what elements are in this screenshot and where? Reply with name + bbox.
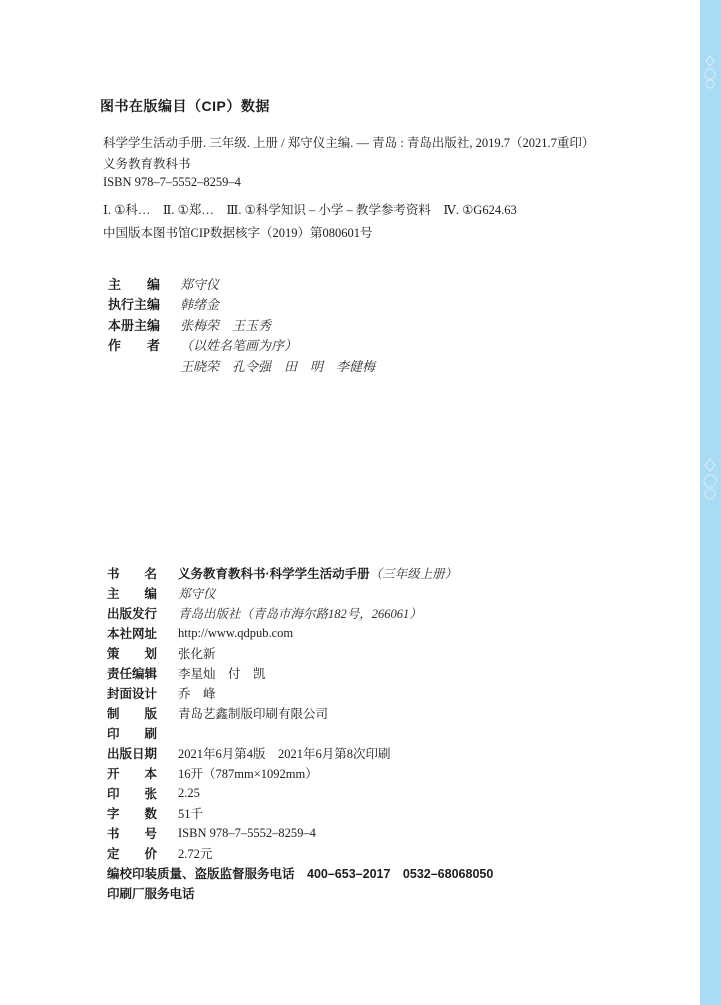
colophon-row-chief-editor: 主 编 郑守仪: [107, 583, 493, 603]
colophon-label: 印 张: [107, 784, 162, 802]
authors-note: （以姓名笔画为序）: [180, 335, 297, 354]
flower-ornament-icon: [701, 52, 719, 92]
colophon-label: 策 划: [107, 644, 162, 662]
isbn-number: ISBN 978–7–5552–8259–4: [178, 826, 316, 841]
colophon-row-sheets: 印 张 2.25: [107, 783, 493, 803]
cip-series-line: 义务教育教科书: [103, 154, 623, 172]
colophon-label: 印 刷: [107, 724, 162, 742]
printed-sheets: 2.25: [178, 786, 200, 801]
editor-role-label: 作 者: [108, 335, 164, 354]
colophon-row-word-count: 字 数 51千: [107, 803, 493, 823]
chief-editor-name: 郑守仪: [178, 584, 216, 602]
editor-row-volume: 本册主编 张梅荣 王玉秀: [108, 314, 375, 335]
colophon-row-price: 定 价 2.72元: [107, 843, 493, 863]
editors-in-charge: 李星灿 付 凯: [178, 664, 266, 682]
publisher-info: 青岛出版社（青岛市海尔路182号，266061）: [178, 604, 422, 622]
colophon-label: 出版日期: [107, 744, 162, 762]
book-title-volume: （三年级上册）: [370, 564, 458, 582]
colophon-label: 字 数: [107, 804, 162, 822]
decorative-side-band: [700, 0, 721, 1005]
planner-name: 张化新: [178, 644, 216, 662]
editor-name: 张梅荣 王玉秀: [180, 315, 271, 334]
colophon-row-website: 本社网址 http://www.qdpub.com: [107, 623, 493, 643]
editor-row-authors: 作 者 （以姓名笔画为序）: [108, 335, 375, 356]
editor-name: 韩绪金: [180, 294, 219, 313]
printer-hotline-text: 印刷厂服务电话: [107, 884, 195, 902]
editor-row-executive: 执行主编 韩绪金: [108, 294, 375, 315]
editor-row-chief: 主 编 郑守仪: [108, 273, 375, 294]
colophon-row-cover-design: 封面设计 乔 峰: [107, 683, 493, 703]
book-copyright-page: 图书在版编目（CIP）数据 科学学生活动手册. 三年级. 上册 / 郑守仪主编.…: [0, 0, 721, 1005]
colophon-row-publish-date: 出版日期 2021年6月第4版 2021年6月第8次印刷: [107, 743, 493, 763]
colophon-label: 书 号: [107, 824, 162, 842]
colophon-row-plate-making: 制 版 青岛艺鑫制版印刷有限公司: [107, 703, 493, 723]
cip-title-line: 科学学生活动手册. 三年级. 上册 / 郑守仪主编. — 青岛 : 青岛出版社,…: [103, 133, 623, 151]
editor-role-label: 主 编: [108, 274, 164, 293]
colophon-row-format: 开 本 16开（787mm×1092mm）: [107, 763, 493, 783]
publisher-url: http://www.qdpub.com: [178, 626, 293, 641]
editor-role-label: 本册主编: [108, 315, 164, 334]
colophon-label: 开 本: [107, 764, 162, 782]
colophon-row-title: 书 名 义务教育教科书·科学学生活动手册 （三年级上册）: [107, 563, 493, 583]
cip-registration-line: 中国版本图书馆CIP数据核字（2019）第080601号: [103, 223, 623, 241]
editors-block: 主 编 郑守仪 执行主编 韩绪金 本册主编 张梅荣 王玉秀 作 者 （以姓名笔画…: [108, 273, 375, 376]
plate-maker: 青岛艺鑫制版印刷有限公司: [178, 704, 328, 722]
cip-isbn-line: ISBN 978–7–5552–8259–4: [103, 175, 623, 190]
price: 2.72元: [178, 844, 212, 862]
quality-hotline-text: 编校印装质量、盗版监督服务电话 400–653–2017 0532–680680…: [107, 864, 493, 882]
colophon-label: 责任编辑: [107, 664, 162, 682]
quality-hotline-row: 编校印装质量、盗版监督服务电话 400–653–2017 0532–680680…: [107, 863, 493, 883]
editor-row-author-names: 王晓荣 孔令强 田 明 李健梅: [108, 355, 375, 376]
flower-ornament-icon: [701, 455, 719, 503]
book-title: 义务教育教科书·科学学生活动手册: [178, 564, 370, 582]
colophon-label: 制 版: [107, 704, 162, 722]
word-count: 51千: [178, 804, 203, 822]
colophon-row-planner: 策 划 张化新: [107, 643, 493, 663]
colophon-label: 主 编: [107, 584, 162, 602]
author-names: 王晓荣 孔令强 田 明 李健梅: [180, 356, 375, 375]
publish-date: 2021年6月第4版 2021年6月第8次印刷: [178, 744, 391, 762]
colophon-label: 出版发行: [107, 604, 162, 622]
colophon-row-publisher: 出版发行 青岛出版社（青岛市海尔路182号，266061）: [107, 603, 493, 623]
colophon-label: 封面设计: [107, 684, 162, 702]
colophon-row-isbn: 书 号 ISBN 978–7–5552–8259–4: [107, 823, 493, 843]
editor-name: 郑守仪: [180, 274, 219, 293]
editor-role-label: 执行主编: [108, 294, 164, 313]
cover-designer: 乔 峰: [178, 684, 216, 702]
printer-hotline-row: 印刷厂服务电话: [107, 883, 493, 903]
colophon-block: 书 名 义务教育教科书·科学学生活动手册 （三年级上册） 主 编 郑守仪 出版发…: [107, 563, 493, 903]
cip-classification-line: Ⅰ. ①科… Ⅱ. ①郑… Ⅲ. ①科学知识 – 小学 – 教学参考资料 Ⅳ. …: [103, 200, 623, 218]
colophon-label: 定 价: [107, 844, 162, 862]
colophon-label: 书 名: [107, 564, 162, 582]
colophon-row-printing: 印 刷: [107, 723, 493, 743]
colophon-label: 本社网址: [107, 624, 162, 642]
cip-heading: 图书在版编目（CIP）数据: [100, 96, 270, 116]
book-format: 16开（787mm×1092mm）: [178, 764, 318, 782]
colophon-row-editor-in-charge: 责任编辑 李星灿 付 凯: [107, 663, 493, 683]
